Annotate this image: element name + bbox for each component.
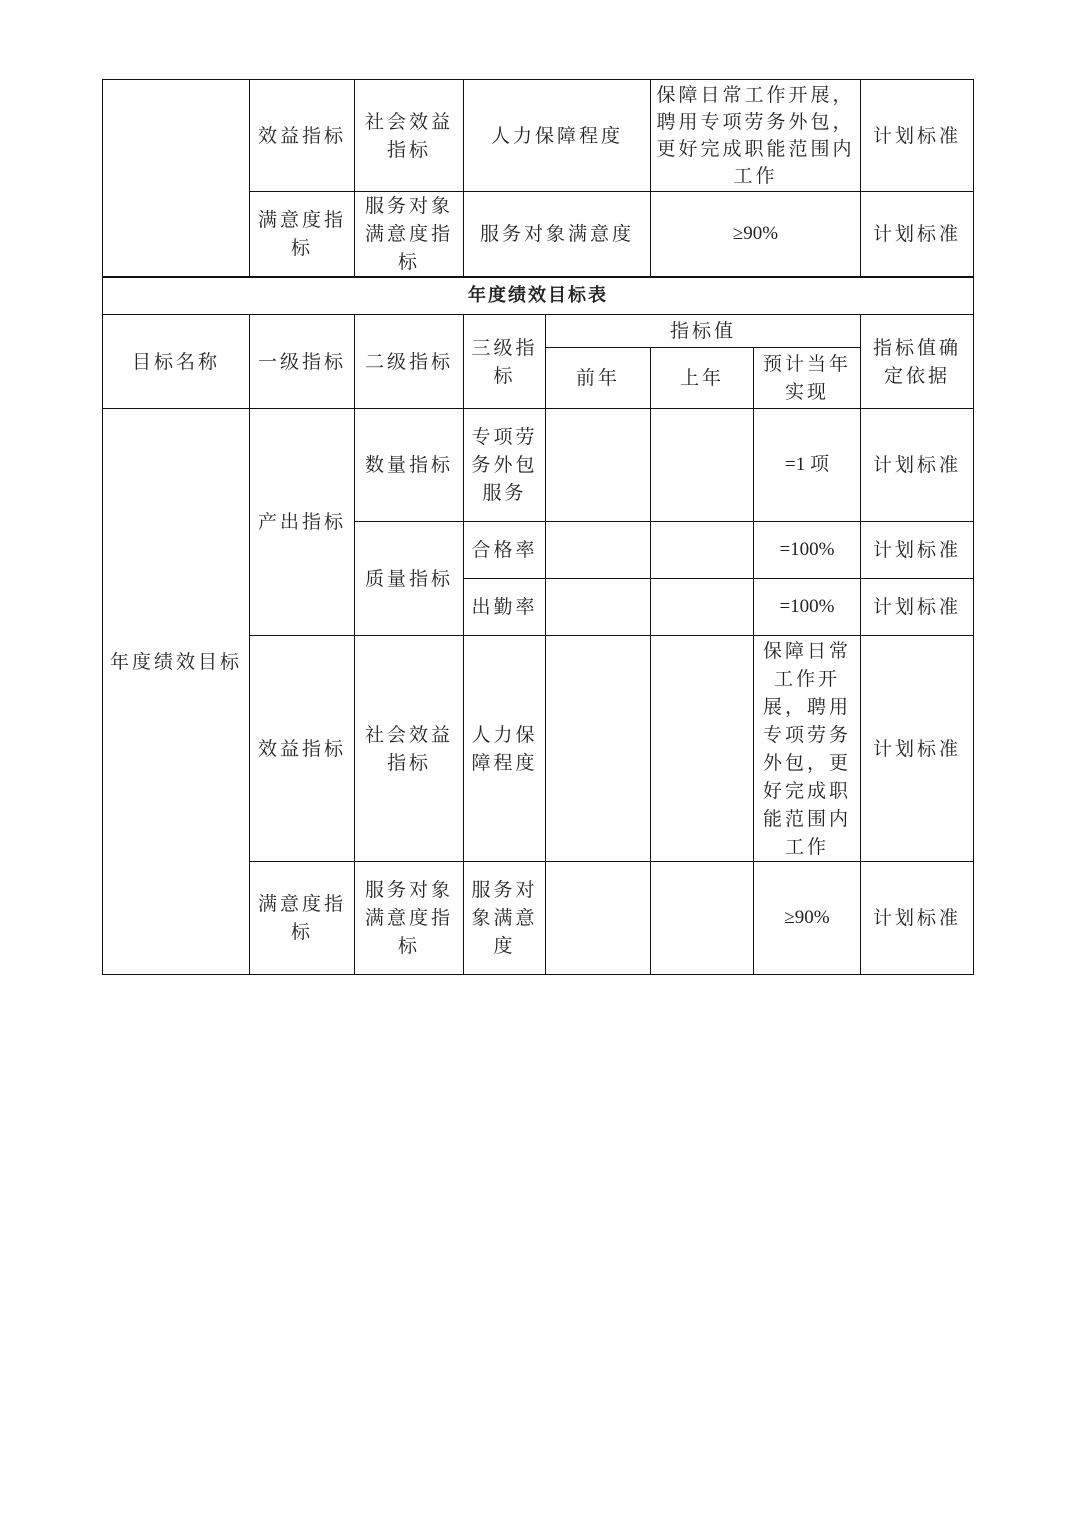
prev-prev-year-cell <box>546 579 651 636</box>
last-year-cell <box>651 862 754 975</box>
table-title-row: 年度绩效目标表 <box>103 278 974 315</box>
header-level1: 一级指标 <box>250 315 355 409</box>
target-name-cell: 年度绩效目标 <box>103 409 250 975</box>
header-target-name: 目标名称 <box>103 315 250 409</box>
benefit-indicator-cell: 效益指标 <box>250 636 355 862</box>
last-year-cell <box>651 579 754 636</box>
header-last-year: 上年 <box>651 348 754 409</box>
prev-prev-year-cell <box>546 862 651 975</box>
header-indicator-value: 指标值 <box>546 315 861 348</box>
last-year-cell <box>651 522 754 579</box>
header-row: 目标名称 一级指标 二级指标 三级指标 指标值 指标值确定依据 <box>103 315 974 348</box>
table-title: 年度绩效目标表 <box>103 278 974 315</box>
prev-prev-year-cell <box>546 409 651 522</box>
basis-cell: 计划标准 <box>861 862 974 975</box>
expected-cell: =1 项 <box>754 409 861 522</box>
prev-prev-year-cell <box>546 636 651 862</box>
header-level3: 三级指标 <box>464 315 546 409</box>
value-cell: 保障日常工作开展，聘用专项劳务外包，更好完成职能范围内工作 <box>651 80 861 192</box>
level3-cell: 人力保障程度 <box>464 636 546 862</box>
level3-cell: 人力保障程度 <box>464 80 651 192</box>
basis-cell: 计划标准 <box>861 192 974 277</box>
value-cell: ≥90% <box>651 192 861 277</box>
last-year-cell <box>651 409 754 522</box>
basis-cell: 计划标准 <box>861 636 974 862</box>
expected-cell: =100% <box>754 522 861 579</box>
header-expected: 预计当年实现 <box>754 348 861 409</box>
level1-cell: 满意度指标 <box>250 192 355 277</box>
level3-cell: 服务对象满意度 <box>464 192 651 277</box>
level3-cell: 出勤率 <box>464 579 546 636</box>
basis-cell: 计划标准 <box>861 409 974 522</box>
satisfaction-indicator-cell: 满意度指标 <box>250 862 355 975</box>
header-basis: 指标值确定依据 <box>861 315 974 409</box>
expected-cell: =100% <box>754 579 861 636</box>
service-satisfaction-indicator-cell: 服务对象满意度指标 <box>355 862 464 975</box>
expected-cell: 保障日常工作开展，聘用专项劳务外包，更好完成职能范围内工作 <box>754 636 861 862</box>
level3-cell: 服务对象满意度 <box>464 862 546 975</box>
basis-cell: 计划标准 <box>861 522 974 579</box>
level2-cell: 社会效益指标 <box>355 80 464 192</box>
header-prev-prev-year: 前年 <box>546 348 651 409</box>
annual-performance-table: 年度绩效目标表 目标名称 一级指标 二级指标 三级指标 指标值 指标值确定依据 … <box>102 277 974 975</box>
document-page: 效益指标 社会效益指标 人力保障程度 保障日常工作开展，聘用专项劳务外包，更好完… <box>0 0 1074 1520</box>
last-year-cell <box>651 636 754 862</box>
basis-cell: 计划标准 <box>861 579 974 636</box>
social-benefit-indicator-cell: 社会效益指标 <box>355 636 464 862</box>
quality-indicator-cell: 质量指标 <box>355 522 464 636</box>
header-level2: 二级指标 <box>355 315 464 409</box>
prev-prev-year-cell <box>546 522 651 579</box>
level2-cell: 服务对象满意度指标 <box>355 192 464 277</box>
performance-table-continued: 效益指标 社会效益指标 人力保障程度 保障日常工作开展，聘用专项劳务外包，更好完… <box>102 79 974 277</box>
level1-cell: 效益指标 <box>250 80 355 192</box>
quantity-indicator-cell: 数量指标 <box>355 409 464 522</box>
basis-cell: 计划标准 <box>861 80 974 192</box>
output-indicator-cell: 产出指标 <box>250 409 355 636</box>
expected-cell: ≥90% <box>754 862 861 975</box>
empty-target-cell <box>103 80 250 277</box>
level3-cell: 专项劳务外包服务 <box>464 409 546 522</box>
table-row: 年度绩效目标 产出指标 数量指标 专项劳务外包服务 =1 项 计划标准 <box>103 409 974 522</box>
table-row: 效益指标 社会效益指标 人力保障程度 保障日常工作开展，聘用专项劳务外包，更好完… <box>103 80 974 192</box>
level3-cell: 合格率 <box>464 522 546 579</box>
